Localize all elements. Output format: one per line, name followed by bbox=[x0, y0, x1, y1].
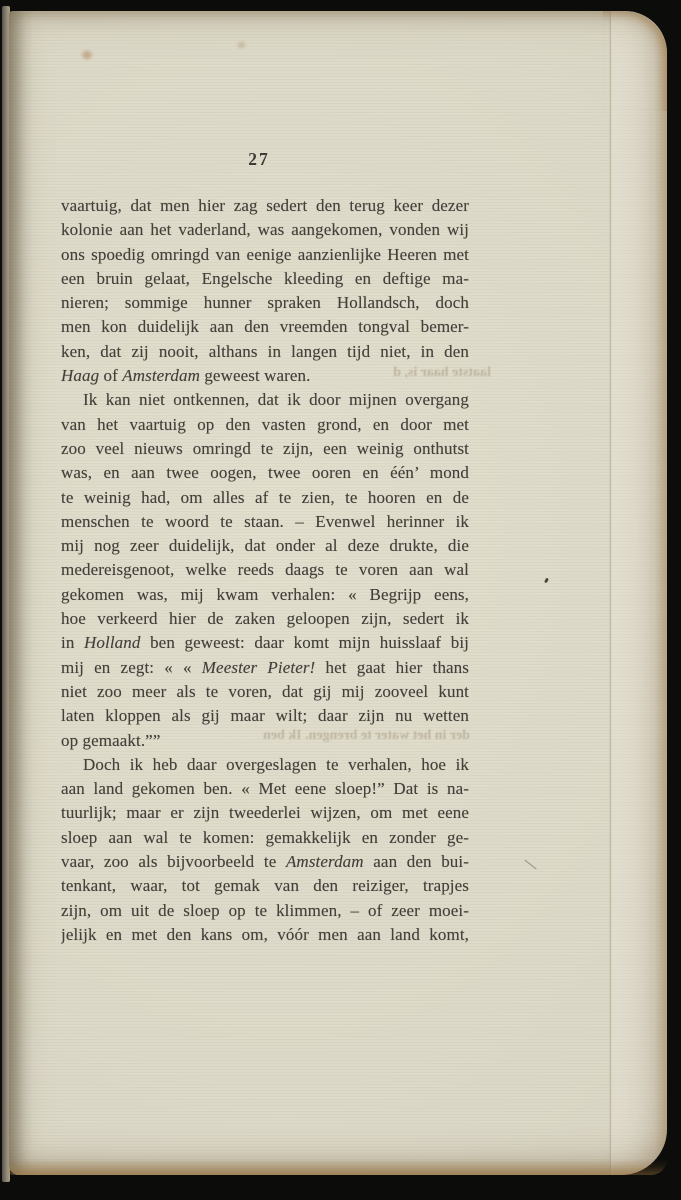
text-line: mij en zegt: « « Meester Pieter! het gaa… bbox=[61, 656, 469, 680]
fore-edge-strip bbox=[612, 11, 667, 1175]
text-line: menschen te woord te staan. – Evenwel he… bbox=[61, 510, 469, 534]
italic-text: Holland bbox=[84, 633, 140, 652]
body-text: zoo veel nieuws omringd te zijn, een wei… bbox=[61, 439, 469, 458]
body-text: laten kloppen als gij maar wilt; daar zi… bbox=[61, 706, 469, 725]
body-text: van het vaartuig op den vasten grond, en… bbox=[61, 415, 469, 434]
ink-speck bbox=[544, 578, 549, 584]
body-text: ben geweest: daar komt mijn huisslaaf bi… bbox=[140, 633, 469, 652]
page: 27 vaartuig, dat men hier zag sedert den… bbox=[9, 11, 667, 1175]
text-line: nieren; sommige hunner spraken Hollandsc… bbox=[61, 291, 469, 315]
body-text: een bruin gelaat, Engelsche kleeding en … bbox=[61, 269, 469, 288]
italic-text: Amsterdam bbox=[286, 852, 364, 871]
body-text: in bbox=[61, 633, 84, 652]
body-text: aan den bui- bbox=[364, 852, 469, 871]
text-line: kolonie aan het vaderland, was aangekome… bbox=[61, 218, 469, 242]
text-line: tenkant, waar, tot gemak van den reizige… bbox=[61, 874, 469, 898]
text-line: niet zoo meer als te voren, dat gij mij … bbox=[61, 680, 469, 704]
body-text: te weinig had, om alles af te zien, te h… bbox=[61, 488, 469, 507]
text-line: ons spoedig omringd van eenige aanzienli… bbox=[61, 243, 469, 267]
text-line: aan land gekomen ben. « Met eene sloep!”… bbox=[61, 777, 469, 801]
text-line: in Holland ben geweest: daar komt mijn h… bbox=[61, 631, 469, 655]
text-line: mij nog zeer duidelijk, dat onder al dez… bbox=[61, 534, 469, 558]
text-line: zijn, om uit de sloep op te klimmen, – o… bbox=[61, 899, 469, 923]
text-line: vaartuig, dat men hier zag sedert den te… bbox=[61, 194, 469, 218]
body-text: nieren; sommige hunner spraken Hollandsc… bbox=[61, 293, 469, 312]
paper-fiber bbox=[524, 859, 536, 869]
body-text: geweest waren. bbox=[200, 366, 311, 385]
binding-gutter-shadow bbox=[9, 11, 33, 1175]
body-text: vaar, zoo als bijvoorbeeld te bbox=[61, 852, 286, 871]
paper-stain bbox=[81, 50, 93, 60]
scanned-book-page: 27 vaartuig, dat men hier zag sedert den… bbox=[0, 0, 681, 1200]
body-text: sloep aan wal te komen: gemakkelijk en z… bbox=[61, 828, 469, 847]
page-crease bbox=[609, 11, 612, 1175]
text-line: zoo veel nieuws omringd te zijn, een wei… bbox=[61, 437, 469, 461]
body-text: was, en aan twee oogen, twee ooren en éé… bbox=[61, 463, 469, 482]
body-text: aan land gekomen ben. « Met eene sloep!”… bbox=[61, 779, 469, 798]
text-line: Doch ik heb daar overgeslagen te verhale… bbox=[61, 753, 469, 777]
italic-text: Amsterdam bbox=[122, 366, 200, 385]
body-text: tenkant, waar, tot gemak van den reizige… bbox=[61, 876, 469, 895]
text-line: Ik kan niet ontkennen, dat ik door mijne… bbox=[61, 388, 469, 412]
paper-stain bbox=[237, 41, 246, 49]
body-text: ons spoedig omringd van eenige aanzienli… bbox=[61, 245, 469, 264]
body-text: Doch ik heb daar overgeslagen te verhale… bbox=[83, 755, 469, 774]
text-line: ken, dat zij nooit, althans in langen ti… bbox=[61, 340, 469, 364]
page-text: vaartuig, dat men hier zag sedert den te… bbox=[61, 194, 469, 947]
show-through-text: laatste haar is, d bbox=[373, 364, 491, 382]
body-text: jelijk en met den kans om, vóór men aan … bbox=[61, 925, 469, 944]
body-text: medereisgenoot, welke reeds daags te vor… bbox=[61, 560, 469, 579]
text-line: men kon duidelijk aan den vreemden tongv… bbox=[61, 315, 469, 339]
body-text: men kon duidelijk aan den vreemden tongv… bbox=[61, 317, 469, 336]
text-line: sloep aan wal te komen: gemakkelijk en z… bbox=[61, 826, 469, 850]
text-line: laten kloppen als gij maar wilt; daar zi… bbox=[61, 704, 469, 728]
text-line: van het vaartuig op den vasten grond, en… bbox=[61, 413, 469, 437]
body-text: op gemaakt.”” bbox=[61, 731, 160, 750]
body-text: zijn, om uit de sloep op te klimmen, – o… bbox=[61, 901, 469, 920]
text-line: te weinig had, om alles af te zien, te h… bbox=[61, 486, 469, 510]
body-text: gekomen was, mij kwam verhalen: « Begrij… bbox=[61, 585, 469, 604]
body-text: vaartuig, dat men hier zag sedert den te… bbox=[61, 196, 469, 215]
body-text: ken, dat zij nooit, althans in langen ti… bbox=[61, 342, 469, 361]
text-line: medereisgenoot, welke reeds daags te vor… bbox=[61, 558, 469, 582]
text-line: vaar, zoo als bijvoorbeeld te Amsterdam … bbox=[61, 850, 469, 874]
body-text: Ik kan niet ontkennen, dat ik door mijne… bbox=[83, 390, 469, 409]
body-text: of bbox=[99, 366, 122, 385]
body-text: menschen te woord te staan. – Evenwel he… bbox=[61, 512, 469, 531]
body-text: het gaat hier thans bbox=[315, 658, 469, 677]
show-through-text: der in het water te brengen. Ik ben bbox=[164, 727, 470, 745]
text-line: gekomen was, mij kwam verhalen: « Begrij… bbox=[61, 583, 469, 607]
body-text: niet zoo meer als te voren, dat gij mij … bbox=[61, 682, 469, 701]
page-number: 27 bbox=[199, 149, 319, 170]
text-line: was, en aan twee oogen, twee ooren en éé… bbox=[61, 461, 469, 485]
text-line: tuurlijk; maar er zijn tweederlei wijzen… bbox=[61, 801, 469, 825]
worn-bottom-edge bbox=[9, 1159, 667, 1175]
body-text: kolonie aan het vaderland, was aangekome… bbox=[61, 220, 469, 239]
italic-text: Haag bbox=[61, 366, 99, 385]
body-text: mij en zegt: « « bbox=[61, 658, 202, 677]
body-text: mij nog zeer duidelijk, dat onder al dez… bbox=[61, 536, 469, 555]
text-line: hoe verkeerd hier de zaken geloopen zijn… bbox=[61, 607, 469, 631]
text-line: jelijk en met den kans om, vóór men aan … bbox=[61, 923, 469, 947]
body-text: hoe verkeerd hier de zaken geloopen zijn… bbox=[61, 609, 469, 628]
body-text: tuurlijk; maar er zijn tweederlei wijzen… bbox=[61, 803, 469, 822]
text-line: een bruin gelaat, Engelsche kleeding en … bbox=[61, 267, 469, 291]
italic-text: Meester Pieter! bbox=[202, 658, 316, 677]
